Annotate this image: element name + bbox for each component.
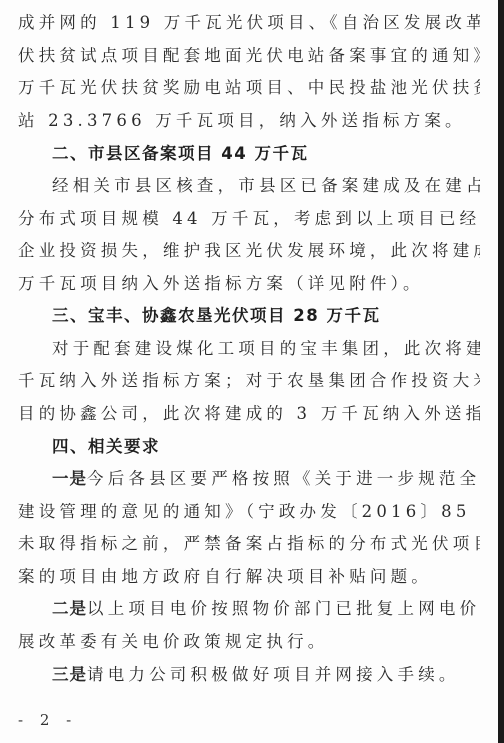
text-line: 分布式项目规模 44 万千瓦，考虑到以上项目已经建设，为避免 <box>18 208 480 230</box>
text-line: 案的项目由地方政府自行解决项目补贴问题。 <box>18 566 480 588</box>
requirement-item-2: 二是以上项目电价按照物价部门已批复上网电价和国家发 <box>52 598 480 620</box>
text-line: 成并网的 119 万千瓦光伏项目、《自治区发展改革委关于我区光 <box>18 12 480 34</box>
text-line: 万千瓦项目纳入外送指标方案（详见附件）。 <box>18 273 480 295</box>
item-text: 以上项目电价按照物价部门已批复上网电价和国家发 <box>87 599 480 618</box>
section-heading-2: 二、市县区备案项目 44 万千瓦 <box>52 143 480 165</box>
text-line: 经相关市县区核查，市县区已备案建成及在建占指标的地面 <box>52 175 480 197</box>
document-page: 成并网的 119 万千瓦光伏项目、《自治区发展改革委关于我区光 伏扶贫试点项目配… <box>0 0 498 743</box>
page-number: - 2 - <box>18 711 77 729</box>
text-line: 千瓦纳入外送指标方案；对于农垦集团合作投资大米深加工等项 <box>18 370 480 392</box>
page-edge-border <box>498 0 504 743</box>
item-lead: 一是 <box>52 469 87 488</box>
text-line: 目的协鑫公司，此次将建成的 3 万千瓦纳入外送指标方案。 <box>18 403 480 425</box>
text-line: 伏扶贫试点项目配套地面光伏电站备案事宜的通知》明确的 2.75 <box>18 45 480 67</box>
requirement-item-3: 三是请电力公司积极做好项目并网接入手续。 <box>52 664 480 686</box>
section-heading-3: 三、宝丰、协鑫农垦光伏项目 28 万千瓦 <box>52 305 480 327</box>
item-lead: 二是 <box>52 599 87 618</box>
text-line: 企业投资损失，维护我区光伏发展环境，此次将建成及在建 44 <box>18 240 480 262</box>
text-line: 对于配套建设煤化工项目的宝丰集团，此次将建成的 25 万 <box>52 338 480 360</box>
text-line: 万千瓦光伏扶贫奖励电站项目、中民投盐池光伏扶贫试点村级电 <box>18 77 480 99</box>
item-lead: 三是 <box>52 665 87 684</box>
text-line: 建设管理的意见的通知》（宁政办发〔2016〕85 号）的要求，在 <box>18 501 480 523</box>
section-heading-4: 四、相关要求 <box>52 436 480 458</box>
text-line: 未取得指标之前，严禁备案占指标的分布式光伏项目,超规模备 <box>18 533 480 555</box>
item-text: 请电力公司积极做好项目并网接入手续。 <box>87 665 460 684</box>
text-line: 站 23.3766 万千瓦项目，纳入外送指标方案。 <box>18 110 480 132</box>
requirement-item-1: 一是今后各县区要严格按照《关于进一步规范全区光伏电站 <box>52 468 480 490</box>
text-line: 展改革委有关电价政策规定执行。 <box>18 631 480 653</box>
item-text: 今后各县区要严格按照《关于进一步规范全区光伏电站 <box>87 469 480 488</box>
